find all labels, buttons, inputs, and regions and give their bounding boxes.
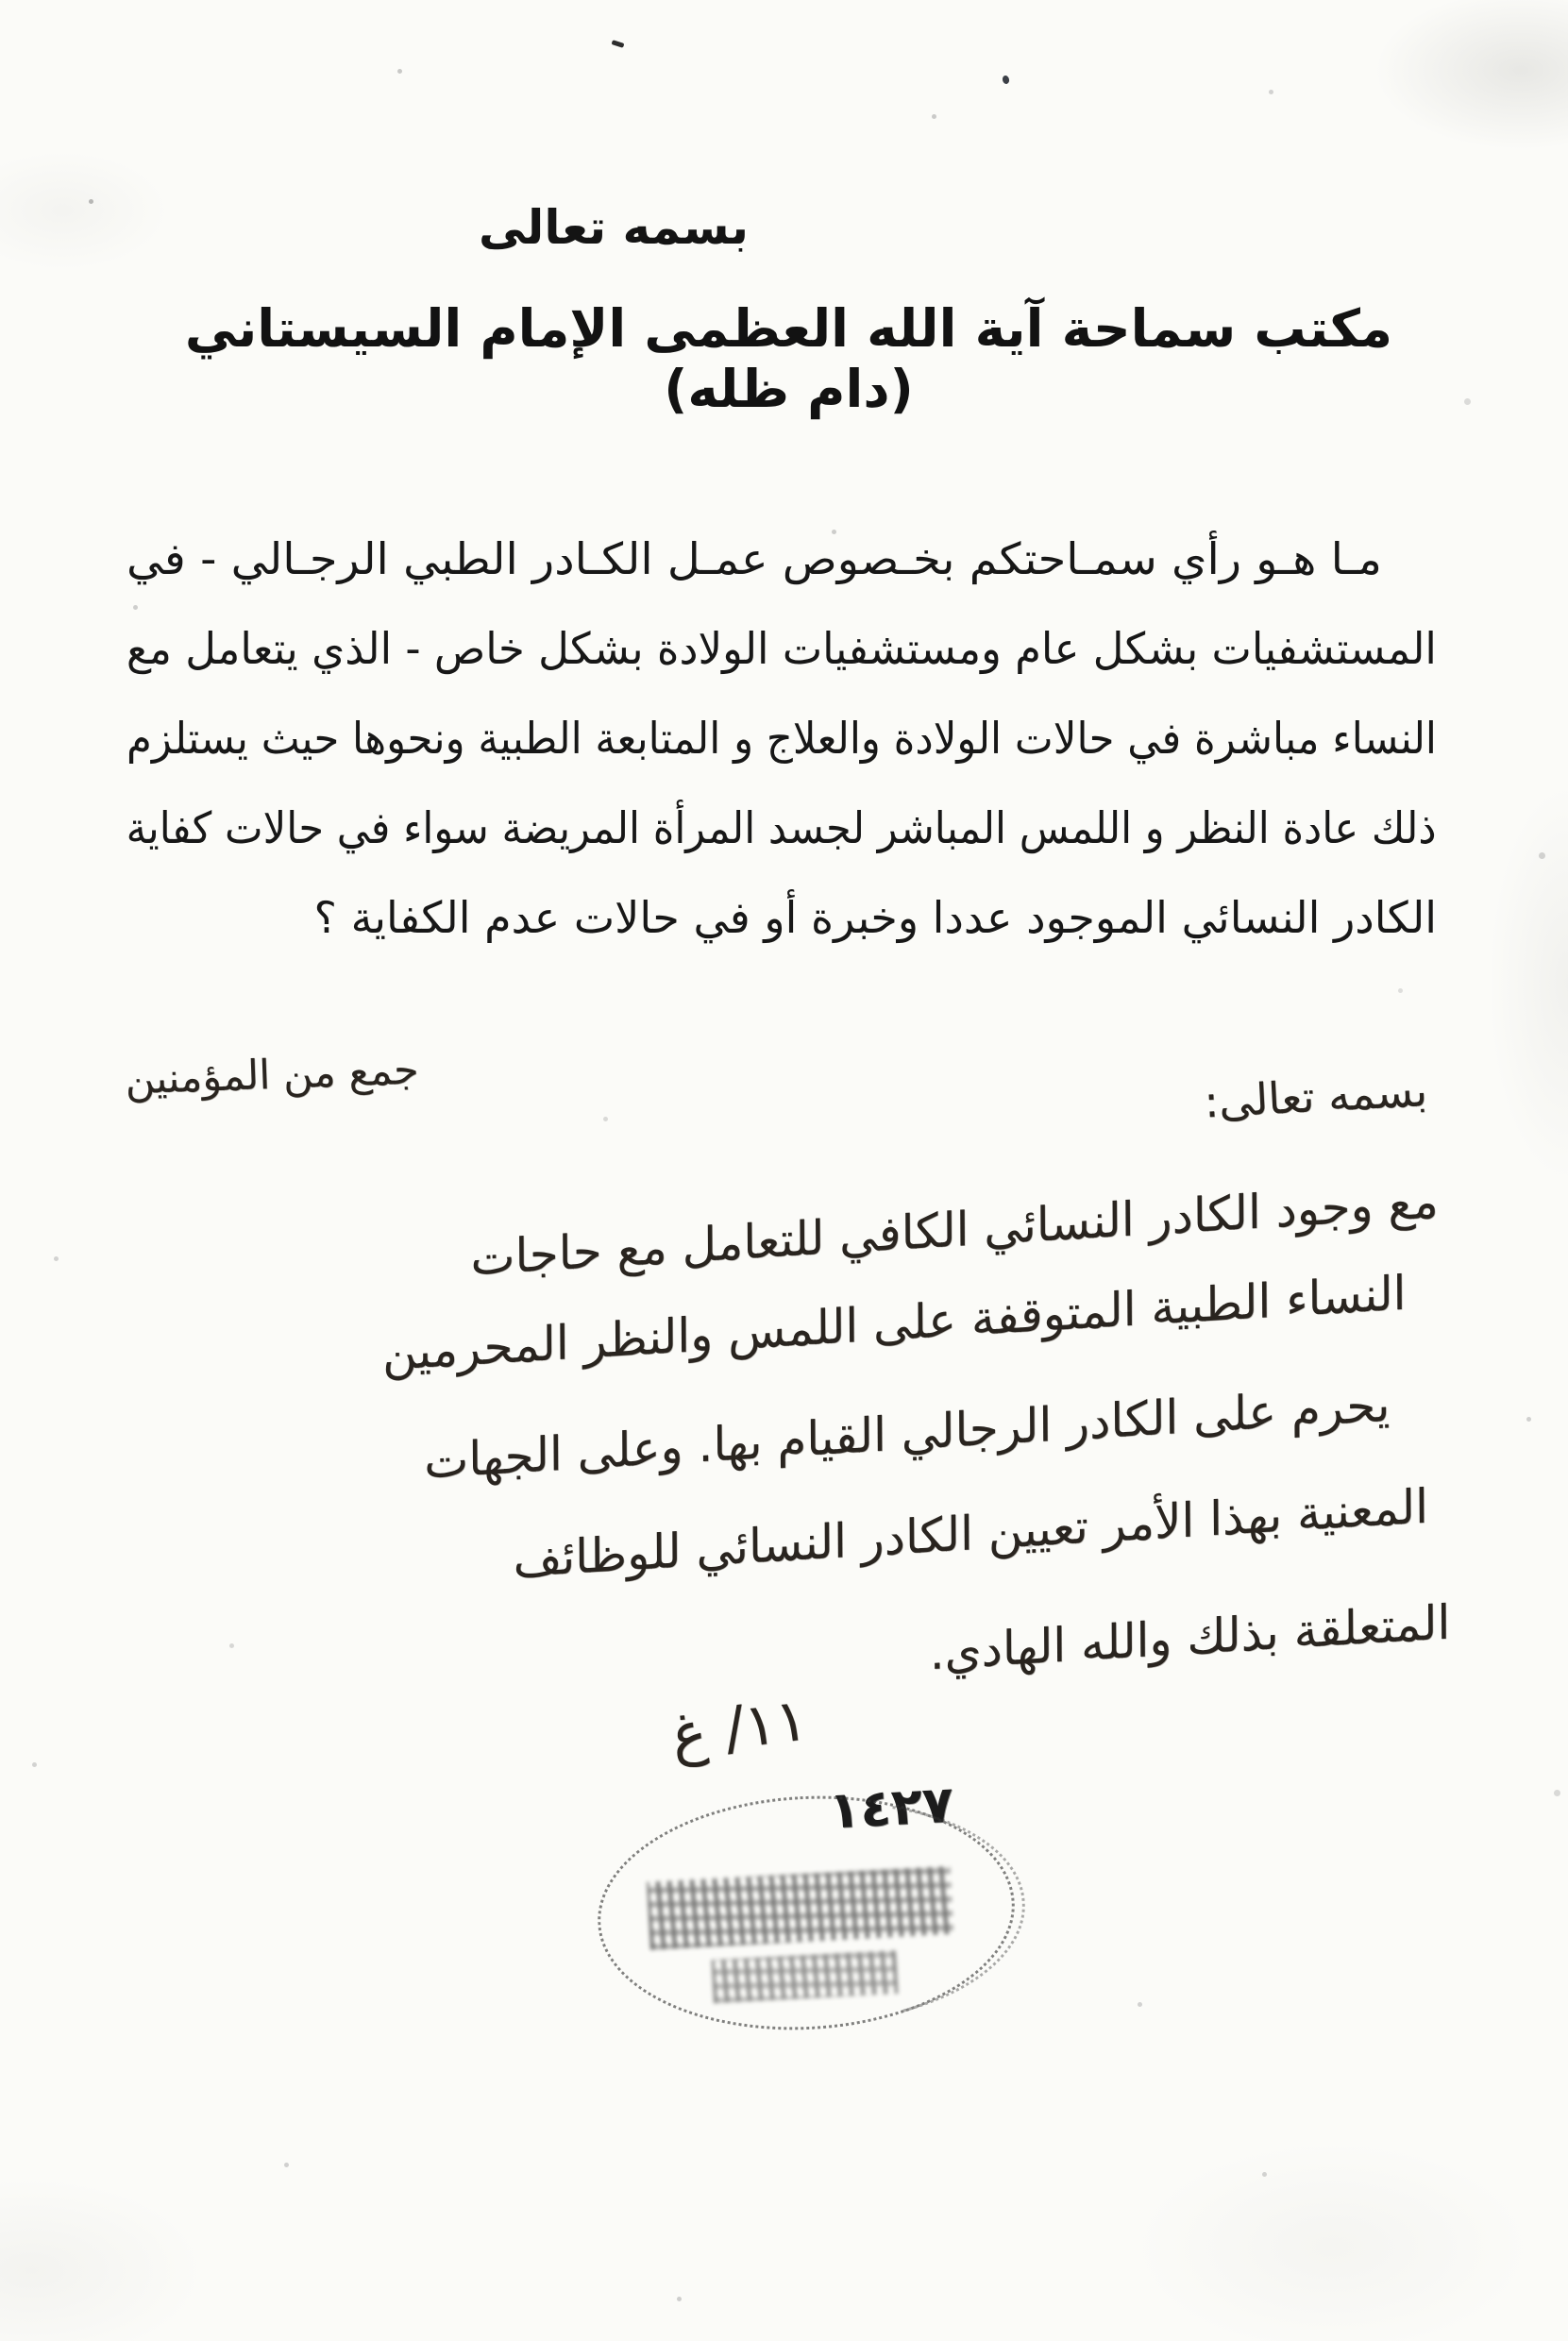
question-line: النساء مباشرة في حالات الولادة والعلاج و… [126,694,1437,783]
answer-line: المتعلقة بذلك والله الهادي. [363,1593,1471,1714]
answer-line: المعنية بهذا الأمر تعيين الكادر النسائي … [357,1476,1464,1597]
answer-handwritten-block: مع وجود الكادر النسائي الكافي للتعامل مع… [337,1173,1479,1824]
scan-artifact-dot [1002,75,1010,85]
question-text-block: مـا هـو رأي سمـاحتكم بخـصوص عمـل الكـادر… [126,514,1437,963]
scan-artifact-dash [612,40,625,48]
sender-signature: جمع من المؤمنين [110,1046,433,1104]
question-line: ذلك عادة النظر و اللمس المباشر لجسد المر… [126,783,1437,873]
question-line: المستشفيات بشكل عام ومستشفيات الولادة بش… [126,604,1437,694]
question-line: مـا هـو رأي سمـاحتكم بخـصوص عمـل الكـادر… [126,514,1437,604]
answer-line: يحرم على الكادر الرجالي القيام بها. وعلى… [350,1373,1458,1494]
question-line: الكادر النسائي الموجود عددا وخبرة أو في … [126,873,1437,963]
office-title: مكتب سماحة آية الله العظمى الإمام السيست… [140,298,1438,419]
scan-noise-specks [0,0,3,3]
office-seal-stamp [592,1786,1020,2041]
basmala-heading: بسمه تعالى [444,200,784,255]
scanned-document-page: بسمه تعالى مكتب سماحة آية الله العظمى ال… [0,0,1568,2341]
answer-basmala: بسمه تعالى: [1143,1065,1428,1131]
